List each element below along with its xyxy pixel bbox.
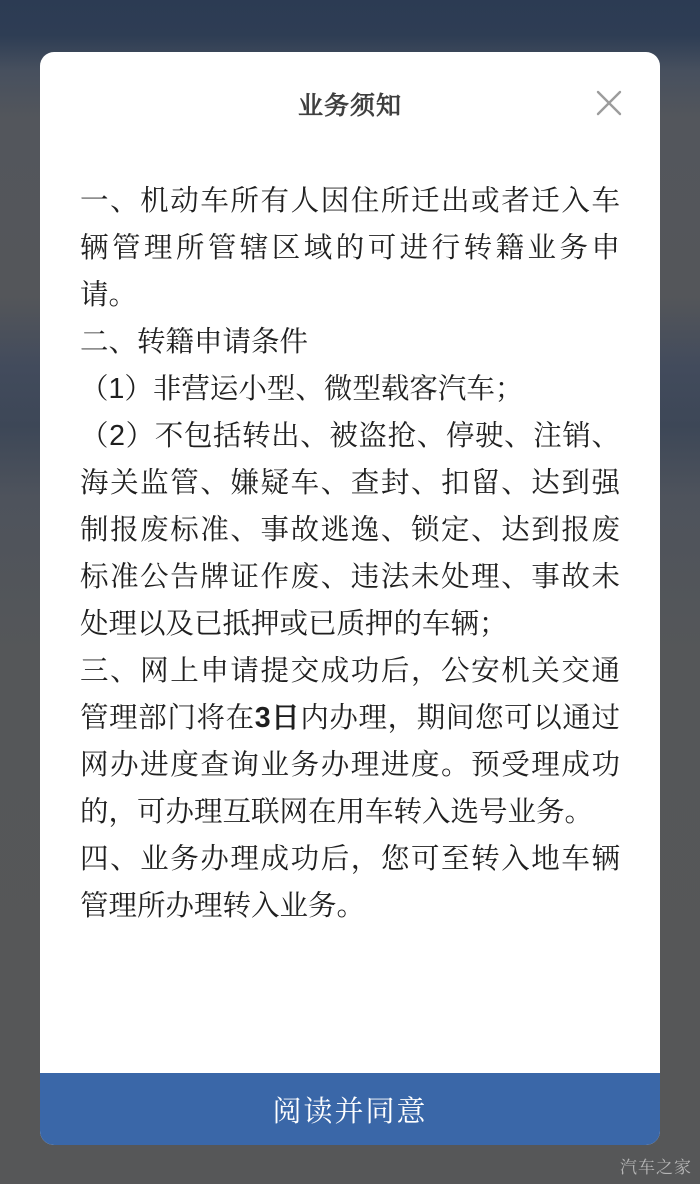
paragraph-4: （2）不包括转出、被盗抢、停驶、注销、海关监管、嫌疑车、查封、扣留、达到强制报废… [80,413,620,648]
paragraph-2: 二、转籍申请条件 [80,319,620,366]
paragraph-6: 四、业务办理成功后，您可至转入地车辆管理所办理转入业务。 [80,836,620,930]
modal-header: 业务须知 [40,52,660,148]
paragraph-3: （1）非营运小型、微型载客汽车； [80,366,620,413]
bold-days: 3日 [255,702,301,734]
notice-text: 一、机动车所有人因住所迁出或者迁入车辆管理所管辖区域的可进行转籍业务申请。 二、… [40,148,660,1073]
modal-title: 业务须知 [40,86,660,122]
paragraph-1: 一、机动车所有人因住所迁出或者迁入车辆管理所管辖区域的可进行转籍业务申请。 [80,178,620,319]
agree-button[interactable]: 阅读并同意 [40,1073,660,1145]
paragraph-5: 三、网上申请提交成功后，公安机关交通管理部门将在3日内办理，期间您可以通过网办进… [80,648,620,836]
notice-modal: 业务须知 一、机动车所有人因住所迁出或者迁入车辆管理所管辖区域的可进行转籍业务申… [40,52,660,1145]
close-button[interactable] [588,82,630,124]
watermark: 汽车之家 [620,1153,692,1178]
close-icon [593,87,625,119]
